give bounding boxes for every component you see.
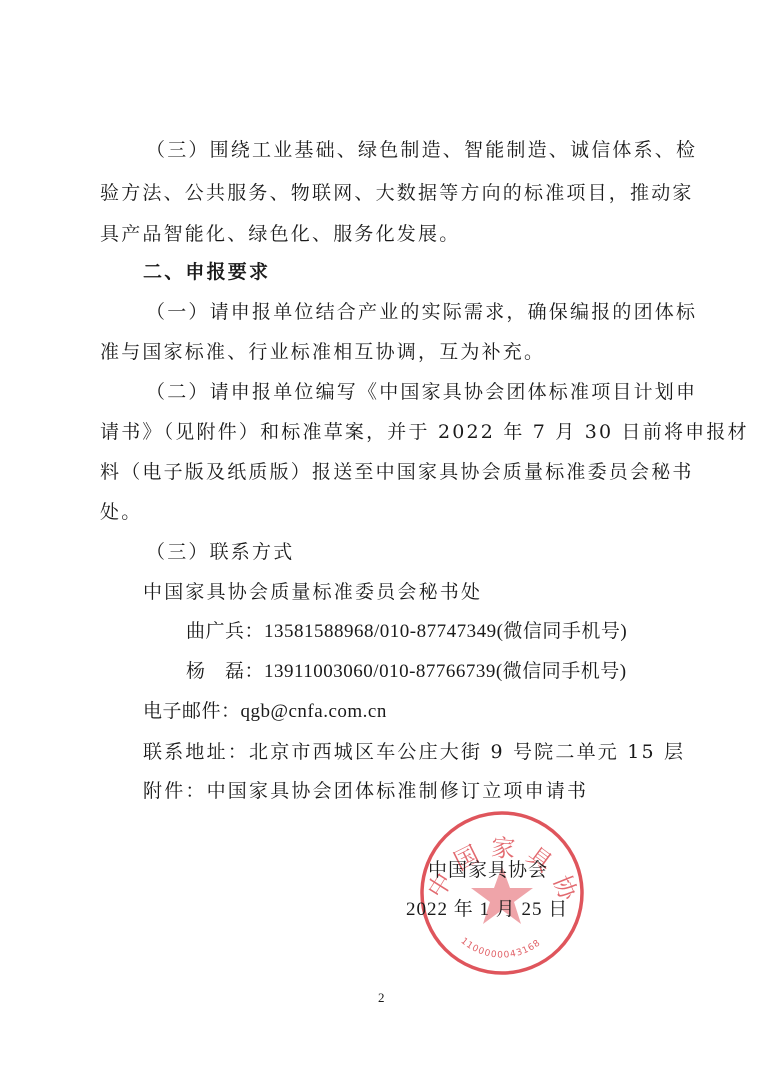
- paragraph-line: 验方法、公共服务、物联网、大数据等方向的标准项目，推动家: [100, 181, 694, 205]
- contact-line: 杨 磊：13911003060/010-87766739(微信同手机号): [186, 660, 627, 684]
- address-line: 联系地址：北京市西城区车公庄大街 9 号院二单元 15 层: [143, 740, 685, 764]
- signature-date: 2022 年 1 月 25 日: [406, 898, 568, 922]
- paragraph-line: （二）请申报单位编写《中国家具协会团体标准项目计划申: [146, 380, 697, 404]
- paragraph-line: （三）围绕工业基础、绿色制造、智能制造、诚信体系、检: [146, 138, 697, 162]
- page-number: 2: [378, 990, 385, 1006]
- signature-org: 中国家具协会: [428, 858, 548, 882]
- section-heading: 二、申报要求: [143, 260, 270, 284]
- org-name: 中国家具协会质量标准委员会秘书处: [143, 580, 482, 604]
- email-line: 电子邮件：qgb@cnfa.com.cn: [143, 700, 387, 724]
- contact-line: 曲广兵：13581588968/010-87747349(微信同手机号): [186, 620, 627, 644]
- paragraph-line: 请书》（见附件）和标准草案，并于 2022 年 7 月 30 日前将申报材: [100, 420, 749, 444]
- attachment-line: 附件：中国家具协会团体标准制修订立项申请书: [143, 779, 588, 803]
- paragraph-line: 具产品智能化、绿色化、服务化发展。: [100, 222, 460, 246]
- subsection-heading: （三）联系方式: [146, 540, 294, 564]
- paragraph-line: 处。: [100, 500, 142, 524]
- official-seal-icon: 中国家具协会 1100000043168: [417, 808, 587, 978]
- paragraph-line: 料（电子版及纸质版）报送至中国家具协会质量标准委员会秘书: [100, 460, 694, 484]
- paragraph-line: 准与国家标准、行业标准相互协调，互为补充。: [100, 340, 545, 364]
- paragraph-line: （一）请申报单位结合产业的实际需求，确保编报的团体标: [146, 300, 697, 324]
- svg-text:1100000043168: 1100000043168: [459, 936, 543, 960]
